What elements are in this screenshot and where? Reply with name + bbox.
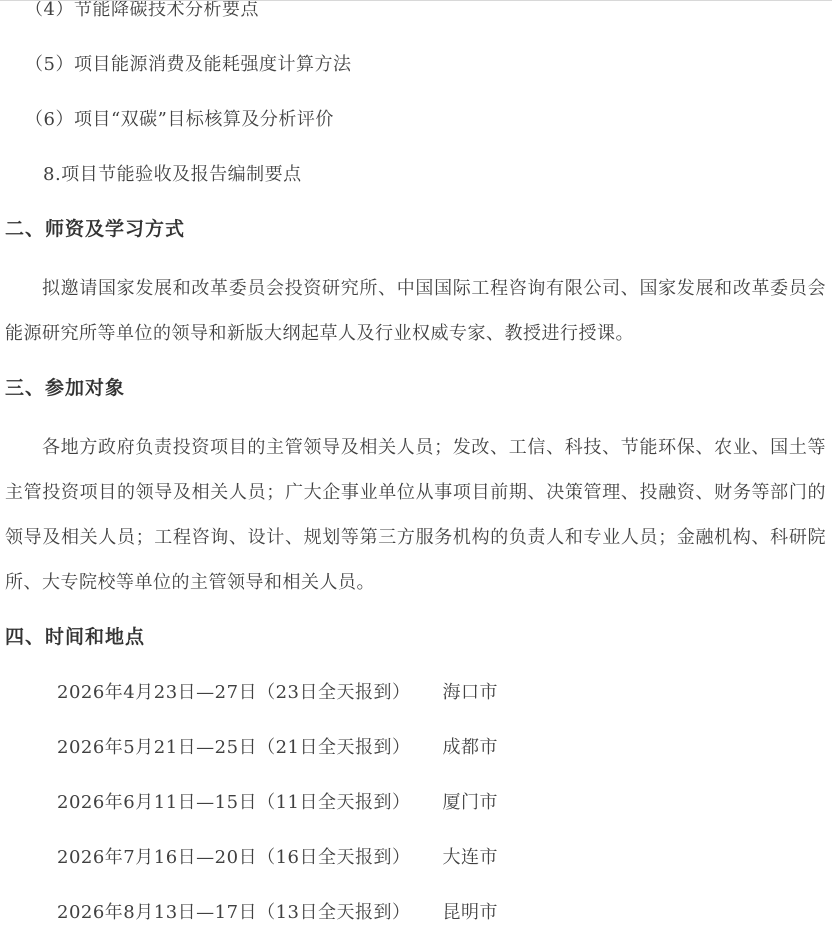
schedule-section: 四、时间和地点 2026年4月23日—27日（23日全天报到）海口市 2026年…	[5, 615, 826, 930]
schedule-city: 厦门市	[442, 792, 498, 813]
faculty-section: 二、师资及学习方式 拟邀请国家发展和改革委员会投资研究所、中国国际工程咨询有限公…	[5, 207, 826, 356]
schedule-dates: 2026年7月16日—20日（16日全天报到）	[57, 847, 410, 868]
schedule-dates: 2026年4月23日—27日（23日全天报到）	[57, 682, 410, 703]
schedule-row: 2026年4月23日—27日（23日全天报到）海口市	[57, 670, 826, 715]
schedule-city: 昆明市	[442, 902, 498, 923]
outline-item-6: （6）项目“双碳”目标核算及分析评价	[25, 97, 826, 142]
schedule-city: 成都市	[442, 737, 498, 758]
schedule-row: 2026年5月21日—25日（21日全天报到）成都市	[57, 725, 826, 770]
schedule-dates: 2026年6月11日—15日（11日全天报到）	[57, 792, 410, 813]
heading-schedule: 四、时间和地点	[5, 615, 826, 660]
schedule-row: 2026年8月13日—17日（13日全天报到）昆明市	[57, 890, 826, 930]
heading-participants: 三、参加对象	[5, 366, 826, 411]
schedule-dates: 2026年5月21日—25日（21日全天报到）	[57, 737, 410, 758]
schedule-city: 海口市	[442, 682, 498, 703]
schedule-dates: 2026年8月13日—17日（13日全天报到）	[57, 902, 410, 923]
participants-paragraph: 各地方政府负责投资项目的主管领导及相关人员；发改、工信、科技、节能环保、农业、国…	[5, 425, 826, 605]
outline-item-5: （5）项目能源消费及能耗强度计算方法	[25, 42, 826, 87]
document-page: （4）节能降碳技术分析要点 （5）项目能源消费及能耗强度计算方法 （6）项目“双…	[0, 0, 832, 930]
faculty-paragraph: 拟邀请国家发展和改革委员会投资研究所、中国国际工程咨询有限公司、国家发展和改革委…	[5, 266, 826, 356]
schedule-city: 大连市	[442, 847, 498, 868]
notice-document: （4）节能降碳技术分析要点 （5）项目能源消费及能耗强度计算方法 （6）项目“双…	[5, 0, 826, 930]
outline-item-4: （4）节能降碳技术分析要点	[25, 0, 826, 32]
schedule-row: 2026年6月11日—15日（11日全天报到）厦门市	[57, 780, 826, 825]
schedule-row: 2026年7月16日—20日（16日全天报到）大连市	[57, 835, 826, 880]
heading-faculty: 二、师资及学习方式	[5, 207, 826, 252]
participants-section: 三、参加对象 各地方政府负责投资项目的主管领导及相关人员；发改、工信、科技、节能…	[5, 366, 826, 605]
outline-item-8: 8.项目节能验收及报告编制要点	[43, 152, 826, 197]
outline-section: （4）节能降碳技术分析要点 （5）项目能源消费及能耗强度计算方法 （6）项目“双…	[5, 0, 826, 197]
